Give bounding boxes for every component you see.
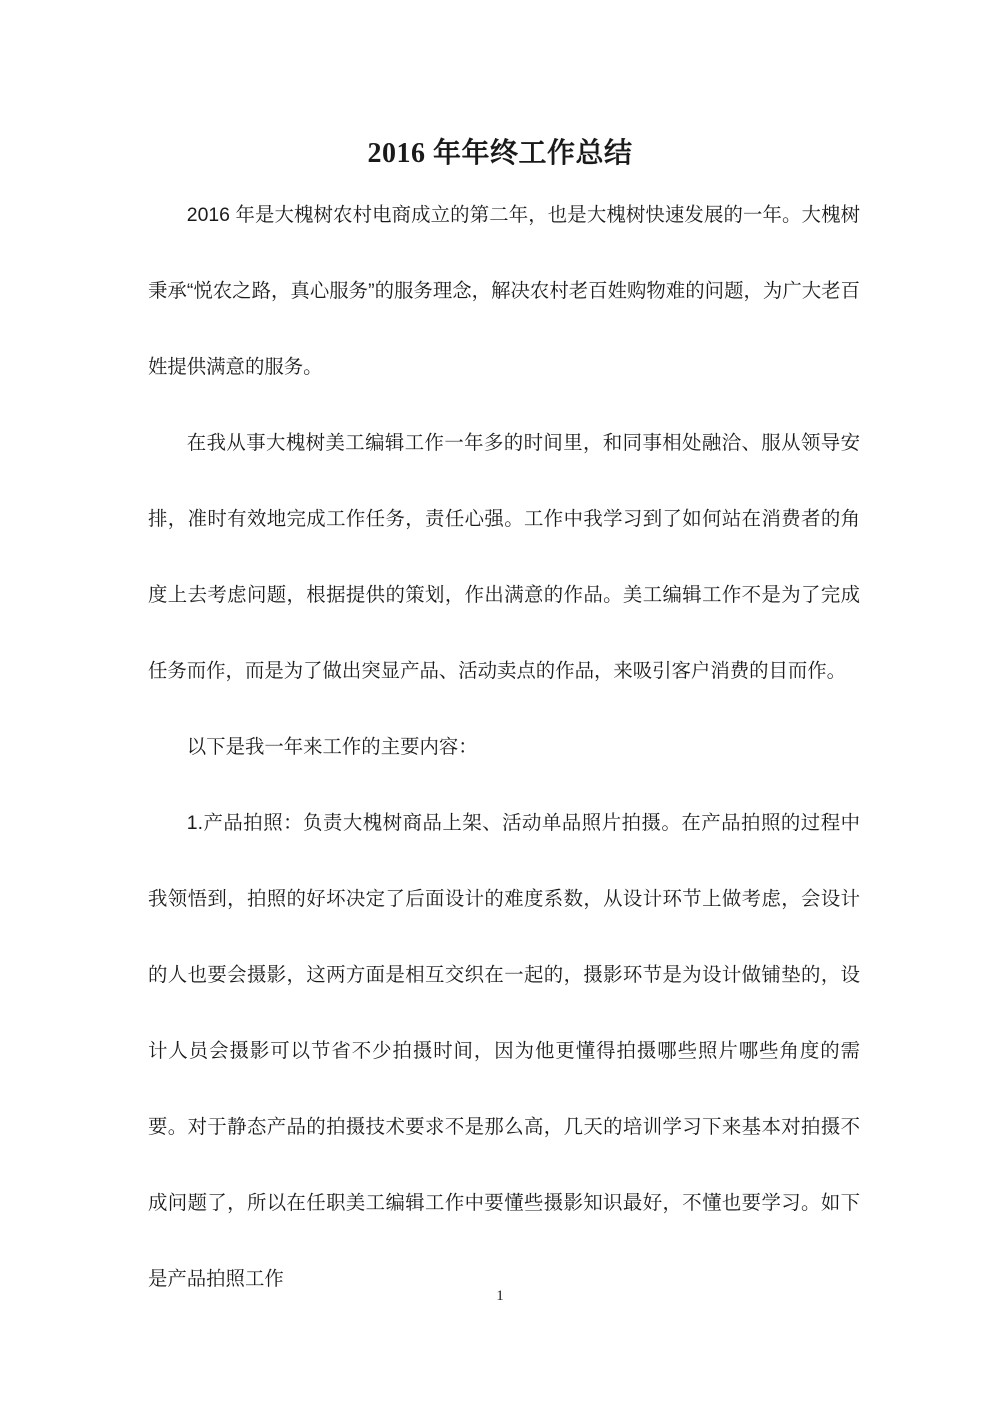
paragraph-item-1-product-photography: 1.产品拍照：负责大槐树商品上架、活动单品照片拍摄。在产品拍照的过程中我领悟到，… [148, 785, 860, 1317]
paragraph-intro: 2016 年是大槐树农村电商成立的第二年，也是大槐树快速发展的一年。大槐树秉承“… [148, 177, 860, 405]
document-page: 2016 年年终工作总结 2016 年是大槐树农村电商成立的第二年，也是大槐树快… [0, 0, 1000, 1415]
document-body: 2016 年是大槐树农村电商成立的第二年，也是大槐树快速发展的一年。大槐树秉承“… [148, 177, 860, 1317]
page-number: 1 [0, 1288, 1000, 1305]
document-title: 2016 年年终工作总结 [0, 136, 1000, 171]
paragraph-work-experience: 在我从事大槐树美工编辑工作一年多的时间里，和同事相处融洽、服从领导安排，准时有效… [148, 405, 860, 709]
paragraph-contents-lead-in: 以下是我一年来工作的主要内容： [148, 709, 860, 785]
